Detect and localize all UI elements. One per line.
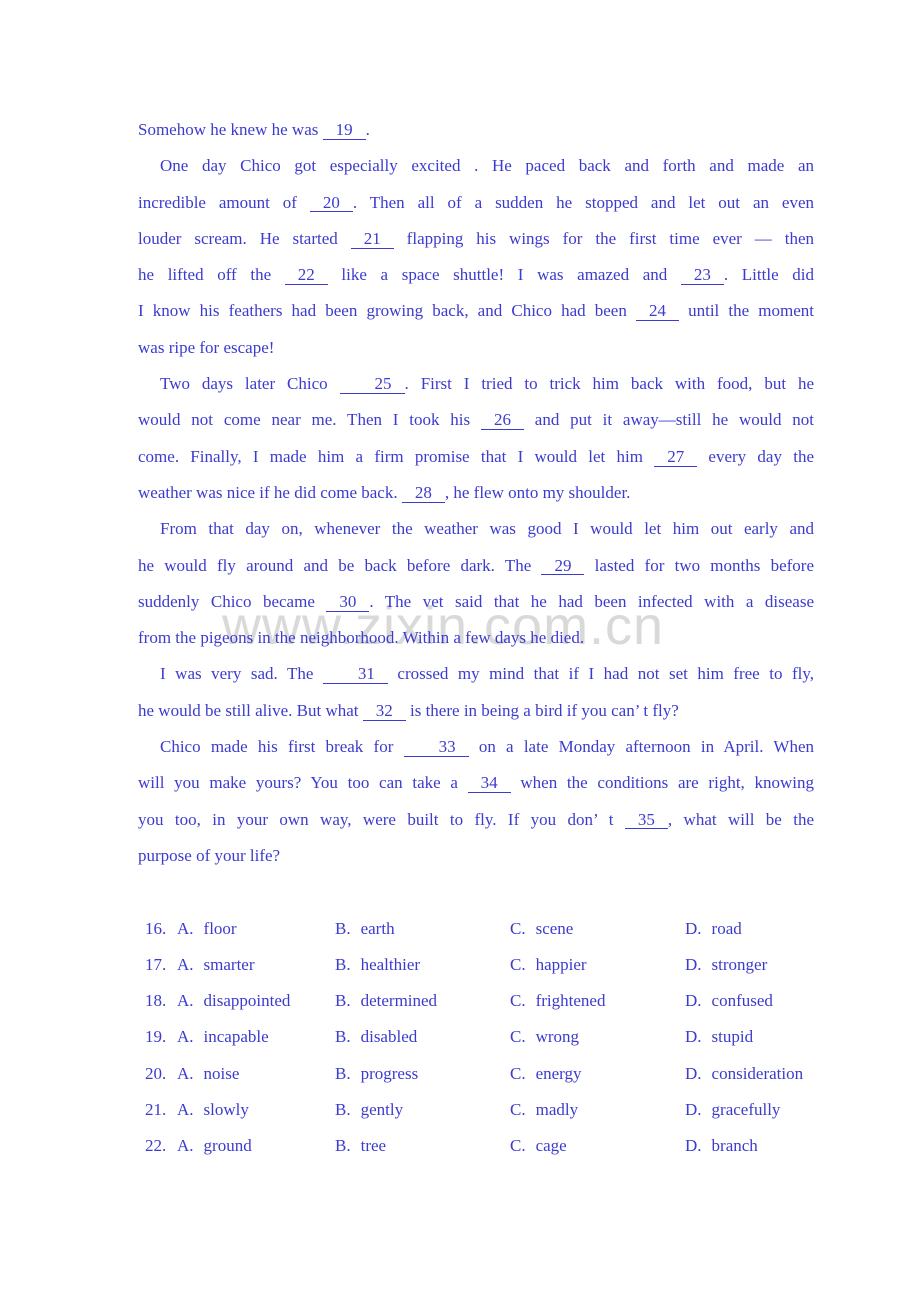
option-cell: A.slowly [177,1092,249,1128]
question-row: 22.A.groundB.treeC.cageD.branch [138,1128,814,1164]
option-cell: B.disabled [335,1019,417,1055]
cloze-blank-30: 30 [326,593,369,612]
question-number: 17. [145,947,166,983]
passage-line: suddenly Chico became 30. The vet said t… [138,584,814,620]
questions: 16.A.floorB.earthC.sceneD.road17.A.smart… [138,911,814,1165]
option-text: noise [204,1064,240,1083]
cloze-blank-31: 31 [323,665,388,684]
option-cell: A.floor [177,911,237,947]
option-cell: A.ground [177,1128,252,1164]
passage-line: louder scream. He started 21 flapping hi… [138,221,814,257]
option-cell: D.stupid [685,1019,753,1055]
option-cell: D.branch [685,1128,758,1164]
passage-line: Two days later Chico 25. First I tried t… [138,366,814,402]
passage-line: he lifted off the 22 like a space shuttl… [138,257,814,293]
passage-line: from the pigeons in the neighborhood. Wi… [138,620,814,656]
passage-line: I was very sad. The 31 crossed my mind t… [138,656,814,692]
option-cell: D.gracefully [685,1092,780,1128]
cloze-blank-29: 29 [541,557,584,576]
cloze-blank-27: 27 [654,448,697,467]
option-cell: B.healthier [335,947,420,983]
option-letter: C. [510,1092,526,1128]
option-letter: A. [177,983,194,1019]
option-letter: C. [510,1056,526,1092]
cloze-blank-26: 26 [481,411,524,430]
option-text: gracefully [712,1100,781,1119]
option-text: consideration [712,1064,804,1083]
option-cell: D.consideration [685,1056,803,1092]
passage-line: weather was nice if he did come back. 28… [138,475,814,511]
option-text: frightened [536,991,606,1010]
option-letter: A. [177,1128,194,1164]
option-cell: A.disappointed [177,983,290,1019]
cloze-blank-35: 35 [625,811,668,830]
question-number: 20. [145,1056,166,1092]
option-text: ground [204,1136,252,1155]
option-cell: C.cage [510,1128,567,1164]
option-cell: B.determined [335,983,437,1019]
passage-line: will you make yours? You too can take a … [138,765,814,801]
option-text: scene [536,919,574,938]
option-text: slowly [204,1100,249,1119]
option-letter: B. [335,1019,351,1055]
cloze-blank-33: 33 [404,738,469,757]
passage-line: Somehow he knew he was 19. [138,112,814,148]
option-cell: A.incapable [177,1019,269,1055]
option-cell: C.scene [510,911,573,947]
option-letter: C. [510,947,526,983]
option-cell: C.madly [510,1092,578,1128]
option-letter: A. [177,1092,194,1128]
option-letter: D. [685,1056,702,1092]
option-cell: C.wrong [510,1019,579,1055]
question-row: 21.A.slowlyB.gentlyC.madlyD.gracefully [138,1092,814,1128]
option-text: wrong [536,1027,579,1046]
passage-line: he would fly around and be back before d… [138,548,814,584]
option-cell: B.tree [335,1128,386,1164]
option-letter: C. [510,1128,526,1164]
option-text: determined [361,991,437,1010]
cloze-blank-19: 19 [323,121,366,140]
option-cell: B.progress [335,1056,418,1092]
question-number: 18. [145,983,166,1019]
option-text: branch [712,1136,758,1155]
option-text: madly [536,1100,579,1119]
passage-line: was ripe for escape! [138,330,814,366]
option-letter: D. [685,911,702,947]
option-text: happier [536,955,587,974]
option-text: road [712,919,742,938]
option-letter: B. [335,1056,351,1092]
passage-line: From that day on, whenever the weather w… [138,511,814,547]
cloze-blank-24: 24 [636,302,679,321]
option-letter: D. [685,983,702,1019]
option-text: gently [361,1100,404,1119]
option-cell: A.noise [177,1056,239,1092]
question-row: 17.A.smarterB.healthierC.happierD.strong… [138,947,814,983]
option-text: stupid [712,1027,754,1046]
cloze-blank-34: 34 [468,774,511,793]
option-text: incapable [204,1027,269,1046]
option-text: disabled [361,1027,418,1046]
question-number: 19. [145,1019,166,1055]
option-letter: D. [685,1092,702,1128]
option-letter: B. [335,1128,351,1164]
option-text: earth [361,919,395,938]
question-row: 16.A.floorB.earthC.sceneD.road [138,911,814,947]
cloze-blank-23: 23 [681,266,724,285]
question-row: 20.A.noiseB.progressC.energyD.considerat… [138,1056,814,1092]
cloze-blank-28: 28 [402,484,445,503]
option-letter: A. [177,1019,194,1055]
option-letter: B. [335,983,351,1019]
cloze-blank-21: 21 [351,230,394,249]
option-letter: C. [510,911,526,947]
passage-line: purpose of your life? [138,838,814,874]
option-text: disappointed [204,991,291,1010]
option-letter: A. [177,911,194,947]
question-row: 18.A.disappointedB.determinedC.frightene… [138,983,814,1019]
option-text: tree [361,1136,386,1155]
question-number: 16. [145,911,166,947]
option-letter: A. [177,1056,194,1092]
document-page: www.zixin.com.cn Somehow he knew he was … [0,0,920,1302]
option-letter: B. [335,1092,351,1128]
option-cell: C.frightened [510,983,605,1019]
option-letter: C. [510,1019,526,1055]
option-letter: B. [335,911,351,947]
option-text: healthier [361,955,420,974]
option-cell: C.energy [510,1056,582,1092]
cloze-blank-32: 32 [363,702,406,721]
question-number: 21. [145,1092,166,1128]
option-text: cage [536,1136,567,1155]
passage-line: you too, in your own way, were built to … [138,802,814,838]
passage-line: One day Chico got especially excited . H… [138,148,814,184]
passage-line: I know his feathers had been growing bac… [138,293,814,329]
option-letter: A. [177,947,194,983]
option-cell: A.smarter [177,947,255,983]
cloze-blank-22: 22 [285,266,328,285]
option-letter: D. [685,947,702,983]
option-cell: D.road [685,911,742,947]
option-cell: D.confused [685,983,773,1019]
cloze-blank-20: 20 [310,194,353,213]
passage-line: incredible amount of 20. Then all of a s… [138,185,814,221]
cloze-blank-25: 25 [340,375,405,394]
section-gap [138,874,814,910]
option-letter: D. [685,1019,702,1055]
option-text: smarter [204,955,255,974]
passage-line: would not come near me. Then I took his … [138,402,814,438]
option-text: stronger [712,955,768,974]
passage: Somehow he knew he was 19.One day Chico … [138,112,814,874]
passage-line: Chico made his first break for 33 on a l… [138,729,814,765]
passage-line: he would be still alive. But what 32 is … [138,693,814,729]
option-text: energy [536,1064,582,1083]
option-cell: B.gently [335,1092,403,1128]
question-row: 19.A.incapableB.disabledC.wrongD.stupid [138,1019,814,1055]
option-text: floor [204,919,237,938]
option-cell: D.stronger [685,947,767,983]
document-content: Somehow he knew he was 19.One day Chico … [138,112,814,1165]
option-cell: B.earth [335,911,395,947]
option-letter: C. [510,983,526,1019]
option-text: progress [361,1064,419,1083]
option-text: confused [712,991,773,1010]
passage-line: come. Finally, I made him a firm promise… [138,439,814,475]
option-letter: B. [335,947,351,983]
question-number: 22. [145,1128,166,1164]
option-letter: D. [685,1128,702,1164]
option-cell: C.happier [510,947,587,983]
